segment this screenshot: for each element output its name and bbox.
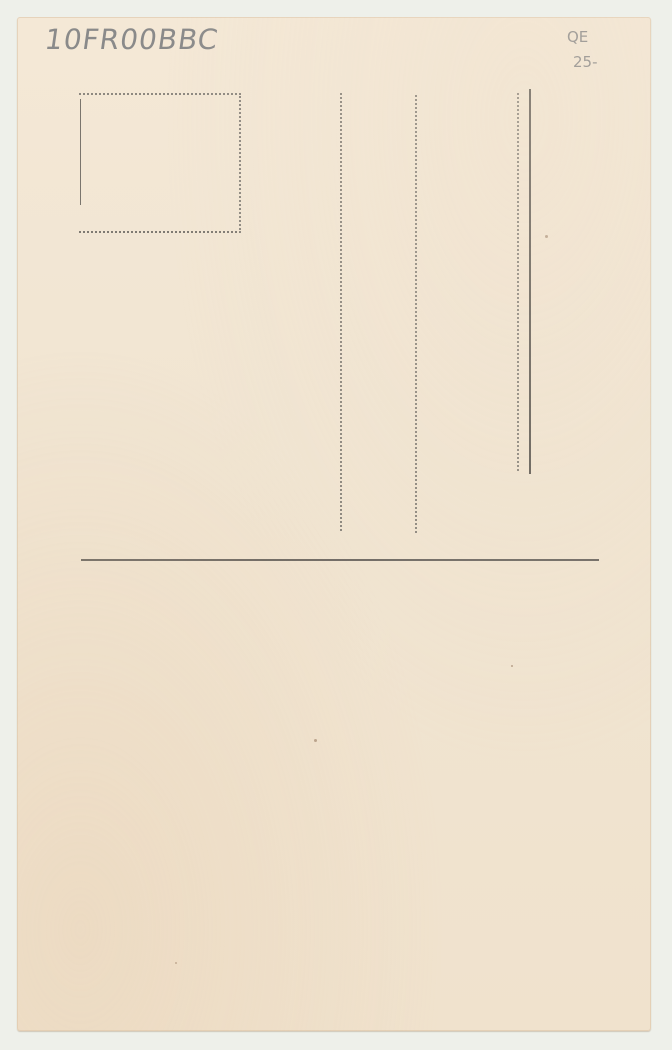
- solid-divider-line: [529, 89, 531, 474]
- handwritten-inventory-code: 10FR00BBC: [43, 23, 221, 56]
- postcard-back: 10FR00BBC QE 25-: [17, 17, 651, 1031]
- paper-speck: [511, 665, 513, 667]
- stamp-box-left-edge: [80, 99, 81, 205]
- paper-speck: [314, 739, 317, 742]
- handwritten-price-note: 25-: [573, 53, 598, 71]
- paper-speck: [175, 962, 177, 964]
- handwritten-note-top-right: QE: [567, 28, 588, 46]
- dotted-divider-line-2: [415, 95, 417, 533]
- paper-speck: [545, 235, 548, 238]
- dotted-divider-line-3: [517, 93, 519, 471]
- dotted-divider-line-1: [340, 93, 342, 531]
- horizontal-rule: [81, 559, 599, 561]
- stamp-box: [79, 93, 241, 233]
